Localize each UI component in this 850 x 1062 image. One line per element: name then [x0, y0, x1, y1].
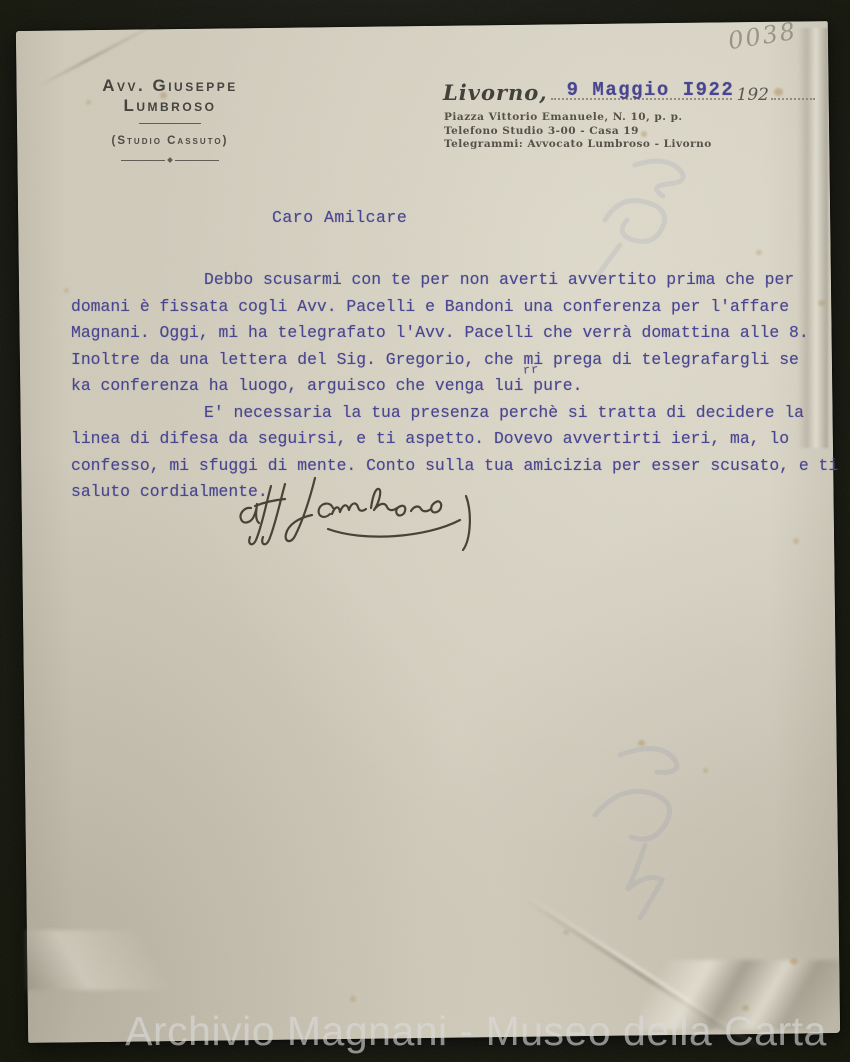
date-dotted-leader: 9 Maggio I922 — [551, 76, 732, 100]
body-line: domani è fissata cogli Avv. Pacelli e Ba… — [71, 294, 821, 321]
foxing-spot — [563, 930, 569, 935]
date-dotted-leader-end — [771, 76, 815, 100]
typewriter-correction: rr — [523, 362, 540, 377]
body-line: Inoltre da una lettera del Sig. Gregorio… — [71, 347, 821, 374]
letterhead-studio: (Studio Cassuto) — [58, 135, 282, 147]
contact-address: Piazza Vittorio Emanuele, N. 10, p. p. — [444, 111, 712, 125]
typed-date: 9 Maggio I922 — [567, 79, 735, 101]
scanned-letter-page: Avv. Giuseppe Lumbroso (Studio Cassuto) … — [0, 0, 850, 1062]
contact-phone: Telefono Studio 3-00 - Casa 19 — [444, 125, 712, 139]
divider-bar — [175, 160, 219, 161]
crease-bottom-left — [26, 930, 206, 990]
letterhead-block: Avv. Giuseppe Lumbroso (Studio Cassuto) — [58, 76, 282, 162]
letterhead-name: Avv. Giuseppe Lumbroso — [58, 76, 282, 116]
foxing-spot — [793, 538, 799, 544]
dateline: Livorno, 9 Maggio I922 192 — [443, 76, 815, 105]
foxing-spot — [638, 740, 645, 746]
body-line: linea di difesa da seguirsi, e ti aspett… — [71, 426, 821, 453]
body-line: Magnani. Oggi, mi ha telegrafato l'Avv. … — [71, 320, 821, 347]
signature-aff-lumbroso — [233, 466, 485, 554]
foxing-spot — [64, 288, 69, 293]
archive-number: 0038 — [726, 17, 799, 55]
dateline-city: Livorno, — [443, 80, 548, 105]
foxing-spot — [756, 250, 762, 255]
letterhead-divider — [58, 158, 282, 162]
body-line: Debbo scusarmi con te per non averti avv… — [71, 267, 821, 294]
contact-block: Piazza Vittorio Emanuele, N. 10, p. p. T… — [444, 111, 712, 152]
divider-diamond-icon — [167, 157, 173, 163]
divider-bar — [121, 160, 165, 161]
ghost-writing-lower — [575, 735, 745, 925]
contact-telegrams: Telegrammi: Avvocato Lumbroso - Livorno — [444, 138, 712, 152]
letterhead-rule — [139, 123, 201, 124]
foxing-spot — [790, 958, 798, 965]
foxing-spot — [350, 996, 356, 1002]
watermark: Archivio Magnani - Museo della Carta — [125, 1008, 827, 1055]
body-line: E' necessaria la tua presenza perchè si … — [71, 400, 821, 427]
body-line: ka conferenza ha luogo, arguisco che ven… — [71, 373, 821, 400]
printed-year-prefix: 192 — [735, 85, 771, 105]
salutation: Caro Amilcare — [272, 208, 407, 227]
foxing-spot — [703, 768, 708, 773]
ghost-writing-upper — [575, 150, 755, 280]
